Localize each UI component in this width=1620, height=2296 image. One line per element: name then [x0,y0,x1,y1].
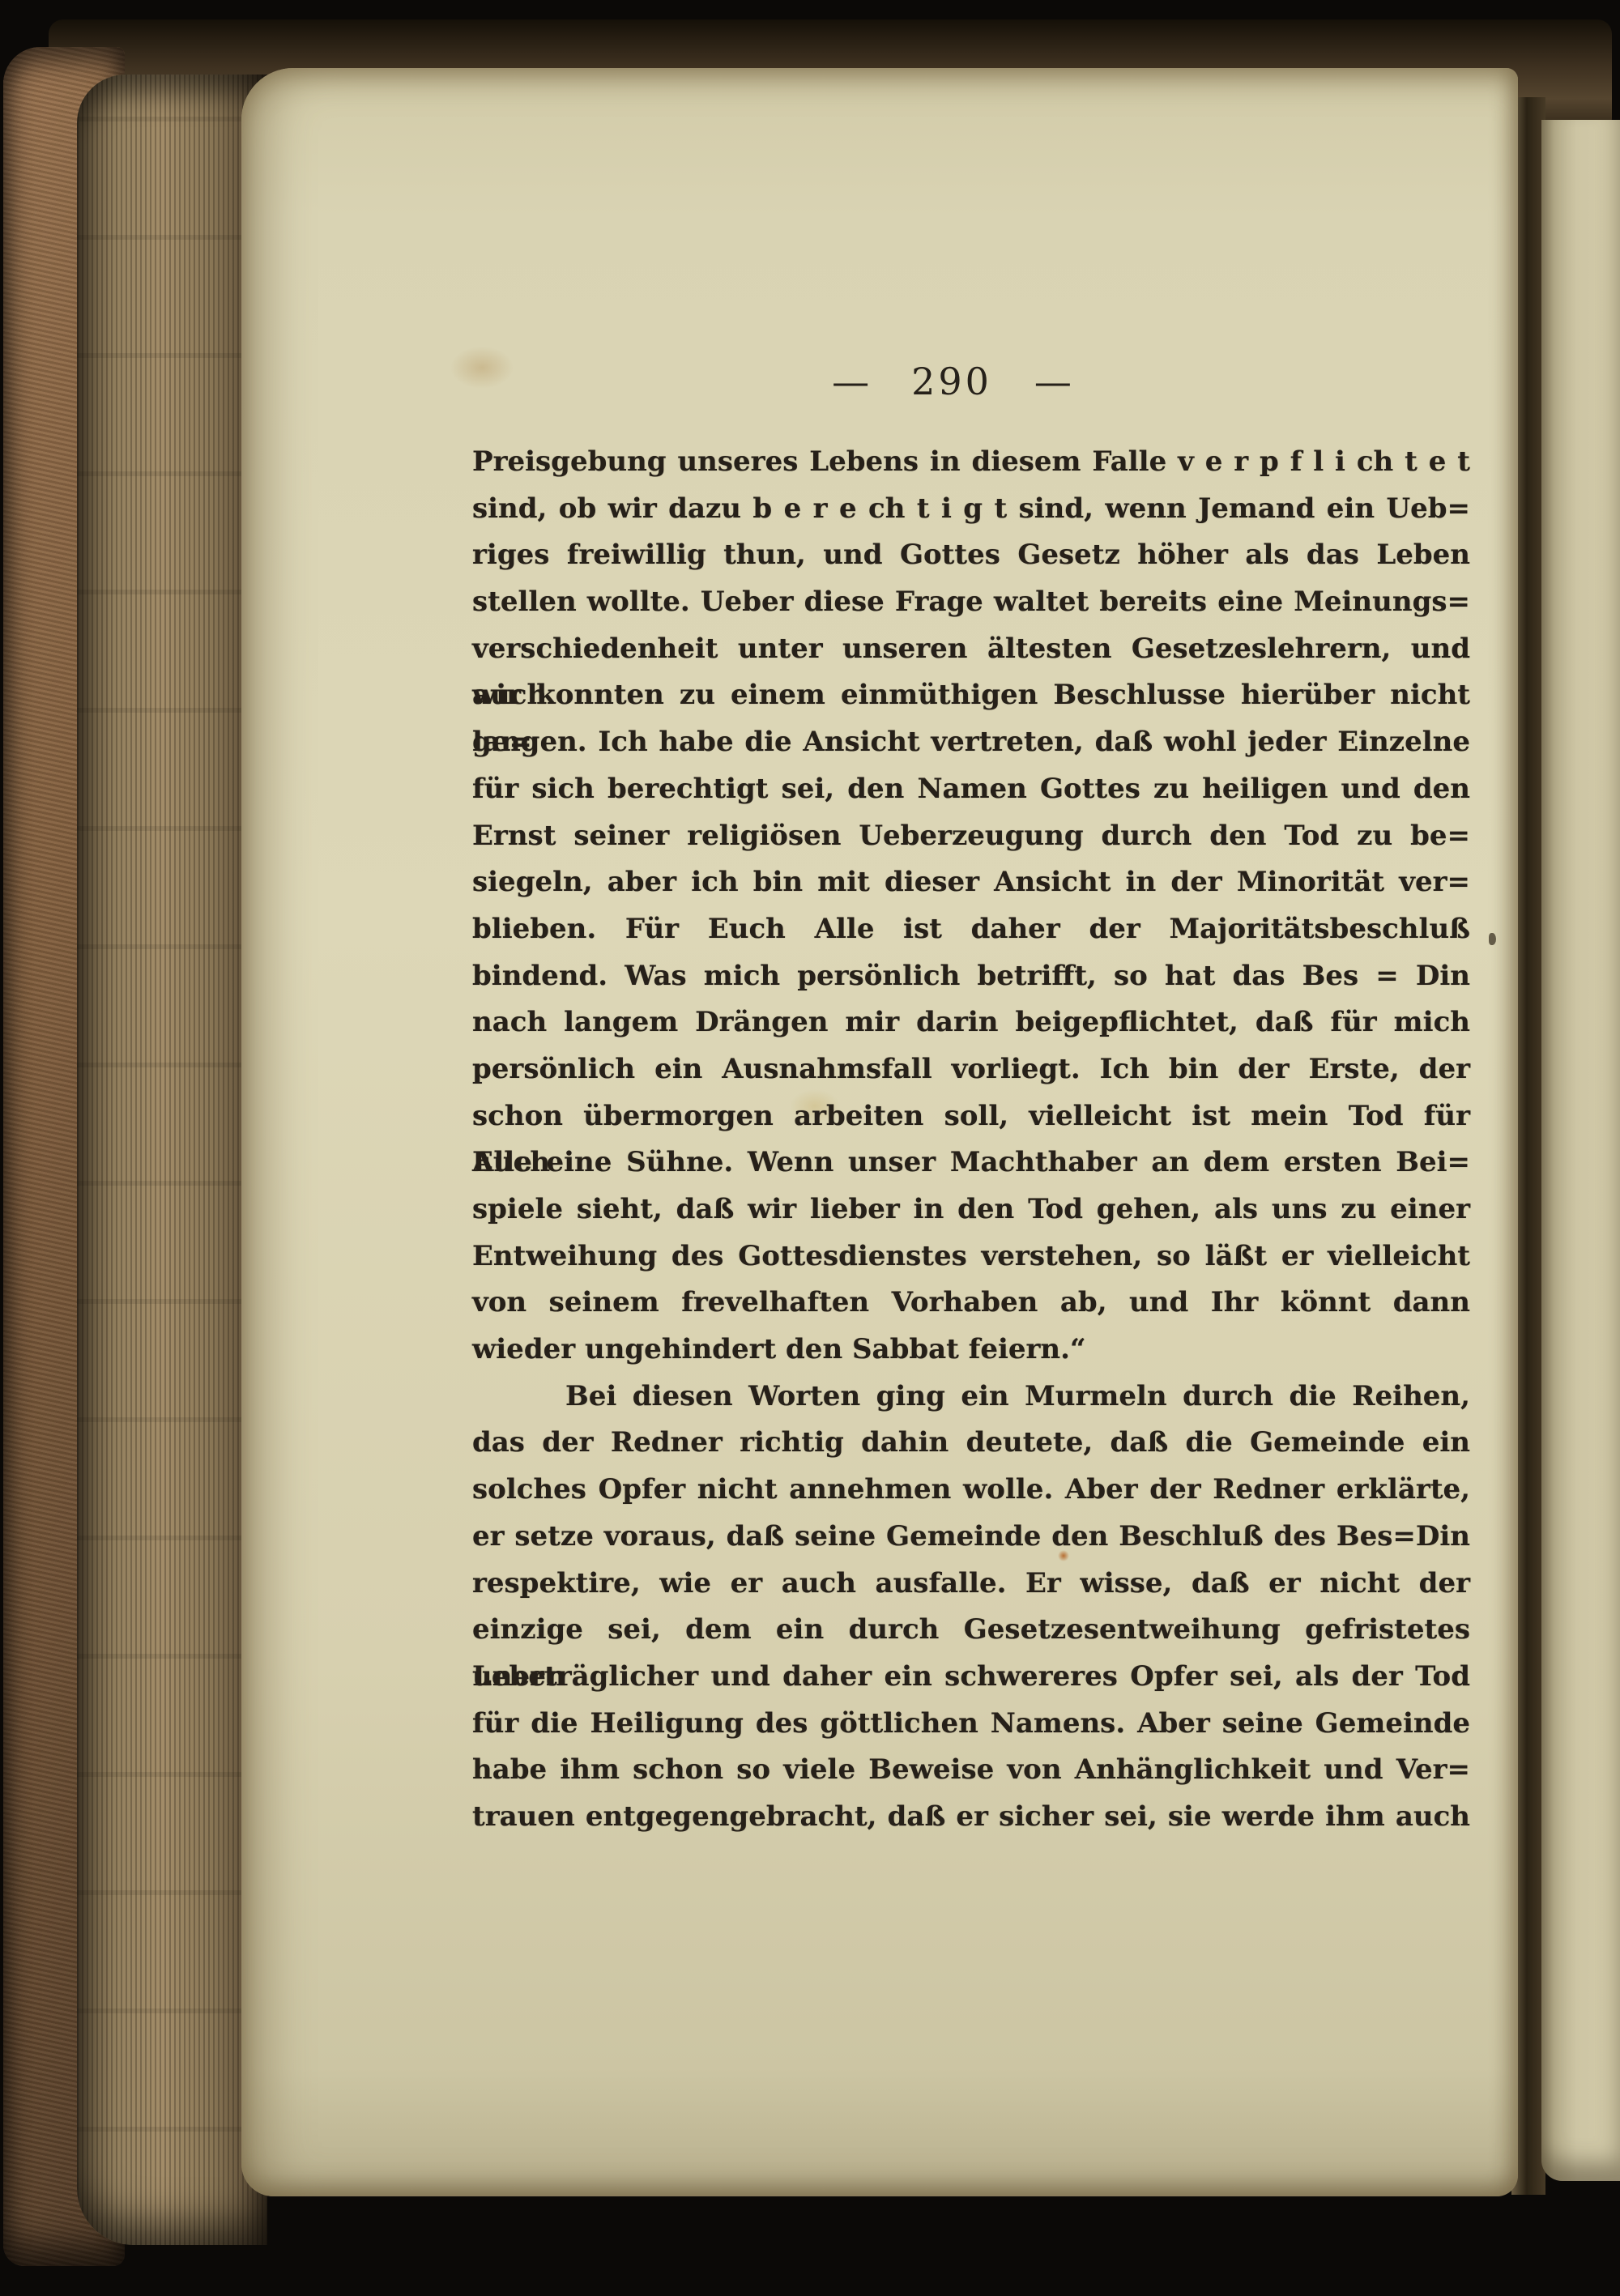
text-line: von seinem frevelhaften Vorhaben ab, und… [472,1280,1470,1327]
text-line: einzige sei, dem ein durch Gesetzesentwe… [472,1607,1470,1654]
text-line: wir konnten zu einem einmüthigen Beschlu… [472,672,1470,719]
text-line: für sich berechtigt sei, den Namen Gotte… [472,766,1470,813]
text-line: riges freiwillig thun, und Gottes Gesetz… [472,532,1470,579]
body-text: Preisgebung unseres Lebens in diesem Fal… [472,439,1470,1841]
text-line-paragraph-end: wieder ungehindert den Sabbat feiern.“ [472,1327,1470,1374]
page-stack-fore-edge [77,75,267,2245]
text-line: für die Heiligung des göttlichen Namens.… [472,1701,1470,1748]
text-line: respektire, wie er auch ausfalle. Er wis… [472,1561,1470,1608]
text-line: blieben. Für Euch Alle ist daher der Maj… [472,906,1470,953]
facing-page-sliver [1541,120,1620,2181]
text-line: bindend. Was mich persönlich betrifft, s… [472,953,1470,1000]
text-line: trauen entgegengebracht, daß er sicher s… [472,1794,1470,1841]
text-line: er setze voraus, daß seine Gemeinde den … [472,1514,1470,1561]
header-dash-right: — [1034,360,1072,403]
text-line: Alle eine Sühne. Wenn unser Machthaber a… [472,1139,1470,1186]
page-number: 290 [911,360,992,403]
header-dash-left: — [832,360,869,403]
text-line: Entweihung des Gottesdienstes verstehen,… [472,1233,1470,1280]
text-line: schon übermorgen arbeiten soll, vielleic… [472,1093,1470,1140]
text-line: sind, ob wir dazu b e r e ch t i g t sin… [472,486,1470,533]
ink-fleck [1489,933,1496,945]
scanned-book-photo: — 290 — Preisgebung unseres Lebens in di… [0,0,1620,2296]
text-line: solches Opfer nicht annehmen wolle. Aber… [472,1467,1470,1514]
text-line: verschiedenheit unter unseren ältesten G… [472,626,1470,673]
text-line: spiele sieht, daß wir lieber in den Tod … [472,1186,1470,1233]
text-line: nach langem Drängen mir darin beigepflic… [472,999,1470,1046]
text-line: persönlich ein Ausnahmsfall vorliegt. Ic… [472,1046,1470,1093]
text-line: das der Redner richtig dahin deutete, da… [472,1420,1470,1467]
text-line: Preisgebung unseres Lebens in diesem Fal… [472,439,1470,486]
text-line: Ernst seiner religiösen Ueberzeugung dur… [472,813,1470,860]
text-line: habe ihm schon so viele Beweise von Anhä… [472,1747,1470,1794]
text-line: siegeln, aber ich bin mit dieser Ansicht… [472,859,1470,906]
page-number-header: — 290 — [826,360,1077,403]
text-line: stellen wollte. Ueber diese Frage waltet… [472,579,1470,626]
text-line: langen. Ich habe die Ansicht vertreten, … [472,719,1470,766]
paper-stain [450,347,514,389]
text-line: unerträglicher und daher ein schwereres … [472,1654,1470,1701]
text-line-paragraph-start: Bei diesen Worten ging ein Murmeln durch… [472,1374,1470,1421]
